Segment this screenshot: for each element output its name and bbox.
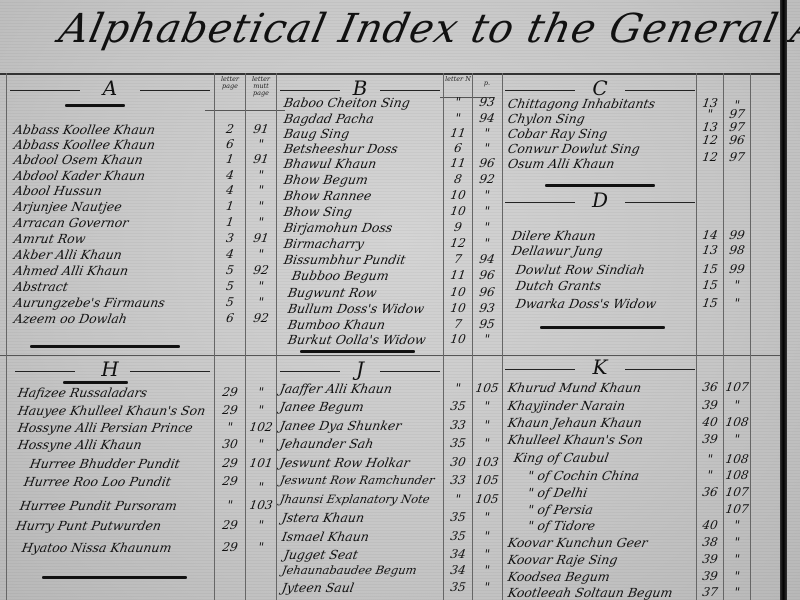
letter-number: 29	[214, 403, 246, 418]
letter-number: 5	[214, 263, 246, 278]
page-number: 101	[245, 456, 277, 471]
page-number: 95	[472, 317, 502, 332]
letter-number: "	[696, 452, 724, 467]
letter-number: 12	[443, 236, 473, 251]
page-number: "	[245, 385, 277, 400]
list-item: Abbass Koollee Khaun	[13, 137, 157, 152]
list-item: Ahmed Alli Khaun	[13, 263, 130, 278]
list-item: Kootleeah Soltaun Begum	[507, 585, 674, 600]
page-number: "	[723, 552, 751, 567]
page-number: "	[472, 510, 502, 525]
list-item: Khaun Jehaun Khaun	[507, 415, 644, 430]
page-number: "	[472, 418, 502, 433]
letter-number: 5	[214, 295, 246, 310]
letter-number: 34	[443, 563, 473, 578]
list-item: Jaaffer Alli Khaun	[279, 381, 394, 396]
list-item: Bissumbhur Pundit	[283, 252, 407, 267]
list-item: Khurud Mund Khaun	[507, 380, 643, 395]
page-number: 91	[245, 152, 277, 167]
list-item: Abstract	[13, 279, 70, 294]
letter-number: 15	[696, 262, 724, 277]
list-item: Burkut Oolla's Widow	[287, 332, 427, 347]
letter-number: 13	[696, 243, 724, 258]
letter-number: 10	[443, 301, 473, 316]
section-heading-a: A	[10, 76, 210, 100]
letter-number: 4	[214, 168, 246, 183]
list-item: Abdool Osem Khaun	[13, 152, 145, 167]
list-item: Hyatoo Nissa Khaunum	[21, 540, 173, 555]
letter-number: 35	[443, 529, 473, 544]
heading-underline	[545, 184, 655, 187]
letter-number: 30	[214, 437, 246, 452]
list-item: Bhow Begum	[283, 172, 370, 187]
list-item: Dellawur Jung	[511, 243, 604, 258]
letter-number: 3	[214, 231, 246, 246]
letter-number: 12	[696, 133, 724, 148]
list-item: Ismael Khaun	[281, 529, 371, 544]
list-item: Jehaunder Sah	[279, 436, 375, 451]
page-number: 108	[723, 452, 751, 467]
page-number: 108	[723, 415, 751, 430]
page-number: "	[723, 585, 751, 600]
book-spine	[780, 0, 787, 600]
list-item: Baug Sing	[283, 126, 351, 141]
list-item: Hossyne Alli Khaun	[17, 437, 143, 452]
letter-number: 39	[696, 552, 724, 567]
page-number: 107	[723, 502, 751, 517]
letter-number: 33	[443, 418, 473, 433]
page-number: "	[245, 247, 277, 262]
page-number: "	[472, 126, 502, 141]
page-number: "	[472, 220, 502, 235]
page-number: 96	[472, 268, 502, 283]
page-number: "	[245, 199, 277, 214]
page-number: "	[472, 563, 502, 578]
list-item: Bumboo Khaun	[287, 317, 387, 332]
letter-number: "	[443, 492, 473, 507]
section-end-rule	[540, 326, 665, 329]
page-number: "	[245, 403, 277, 418]
page-number: "	[472, 547, 502, 562]
list-item: Janee Dya Shunker	[279, 418, 403, 433]
letter-number: 36	[696, 485, 724, 500]
letter-number: 35	[443, 399, 473, 414]
list-item: Jehaunabaudee Begum	[281, 563, 418, 578]
list-item: Hauyee Khulleel Khaun's Son	[17, 403, 207, 418]
page-number: 92	[472, 172, 502, 187]
ledger-page: Alphabetical Index to the General Abstra…	[0, 0, 800, 600]
letter-number: 37	[696, 585, 724, 600]
list-item: Jeswunt Row Holkar	[279, 455, 411, 470]
list-item: Birjamohun Doss	[283, 220, 394, 235]
page-number: "	[472, 436, 502, 451]
letter-number: 1	[214, 215, 246, 230]
page-number: "	[472, 580, 502, 595]
page-number: 103	[245, 498, 277, 513]
page-number: "	[723, 398, 751, 413]
letter-number: 1	[214, 199, 246, 214]
page-number: "	[723, 535, 751, 550]
list-item: Jyteen Saul	[281, 580, 356, 595]
letter-number: 38	[696, 535, 724, 550]
list-item: Koodsea Begum	[507, 569, 611, 584]
letter-number: 6	[214, 311, 246, 326]
letter-number: 35	[443, 510, 473, 525]
letter-number: 40	[696, 518, 724, 533]
heading-underline	[65, 104, 125, 107]
letter-number: 29	[214, 474, 246, 489]
page-number: 103	[472, 455, 502, 470]
list-item: Hossyne Alli Persian Prince	[17, 420, 194, 435]
letter-number: 2	[214, 122, 246, 137]
heading-underline	[63, 381, 128, 384]
page-number: 96	[472, 285, 502, 300]
page-title: Alphabetical Index to the General Abstra…	[55, 6, 800, 52]
list-item: Betsheeshur Doss	[283, 141, 399, 156]
page-number: 99	[723, 262, 751, 277]
letter-number	[696, 502, 724, 517]
list-item: Amrut Row	[13, 231, 87, 246]
letter-number: "	[443, 111, 473, 126]
list-item: Dilere Khaun	[511, 228, 597, 243]
letter-number: 29	[214, 540, 246, 555]
letter-number: 35	[443, 580, 473, 595]
page-number: "	[245, 137, 277, 152]
letter-number: "	[443, 95, 473, 110]
page-number: "	[472, 529, 502, 544]
list-item: Chylon Sing	[507, 111, 586, 126]
header-rule	[0, 73, 780, 75]
list-item: Jeswunt Row Ramchunder	[279, 473, 436, 488]
page-number: 94	[472, 252, 502, 267]
page-number: "	[245, 295, 277, 310]
list-item: Bubboo Begum	[291, 268, 390, 283]
page-number: 96	[723, 133, 751, 148]
page-number: "	[472, 332, 502, 347]
letter-number: 5	[214, 279, 246, 294]
page-number: 93	[472, 301, 502, 316]
letter-number: 9	[443, 220, 473, 235]
list-item: Koovar Raje Sing	[507, 552, 619, 567]
list-item: Hurree Bhudder Pundit	[29, 456, 181, 471]
list-item: Cobar Ray Sing	[507, 126, 609, 141]
letter-number: 14	[696, 228, 724, 243]
page-number: 105	[472, 492, 502, 507]
letter-number: 7	[443, 252, 473, 267]
letter-number: 6	[214, 137, 246, 152]
letter-number: 7	[443, 317, 473, 332]
page-number: "	[723, 432, 751, 447]
section-heading-h: H	[10, 357, 210, 381]
letter-number: 29	[214, 385, 246, 400]
page-number: "	[723, 518, 751, 533]
list-item: Khayjinder Narain	[507, 398, 627, 413]
list-item: Aurungzebe's Firmauns	[13, 295, 166, 310]
letter-number: 10	[443, 332, 473, 347]
page-number: "	[245, 480, 277, 495]
letter-number: "	[443, 381, 473, 396]
letter-number: 15	[696, 278, 724, 293]
list-item: Bhow Rannee	[283, 188, 373, 203]
list-item: Jugget Seat	[283, 547, 360, 562]
list-item: Bullum Doss's Widow	[287, 301, 426, 316]
list-item: Abool Hussun	[13, 183, 104, 198]
list-item: Dowlut Row Sindiah	[515, 262, 647, 277]
page-number: "	[472, 188, 502, 203]
page-number: "	[245, 215, 277, 230]
list-item: Osum Alli Khaun	[507, 156, 616, 171]
section-end-rule	[300, 350, 415, 353]
list-item: Dwarka Doss's Widow	[515, 296, 658, 311]
letter-number: 12	[696, 150, 724, 165]
letter-number: 1	[214, 152, 246, 167]
list-item: Azeem oo Dowlah	[13, 311, 129, 326]
page-number: 107	[723, 485, 751, 500]
list-item: Jhaunsi Explanatory Note	[279, 492, 431, 507]
list-item: " of Persia	[527, 502, 595, 517]
section-heading-k: K	[505, 355, 695, 379]
page-number: 94	[472, 111, 502, 126]
section-end-rule	[42, 576, 187, 579]
letter-number: 29	[214, 518, 246, 533]
page-number: "	[472, 141, 502, 156]
list-item: Arjunjee Nautjee	[13, 199, 123, 214]
letter-number: 39	[696, 432, 724, 447]
page-number: "	[245, 279, 277, 294]
list-item: Birmacharry	[283, 236, 366, 251]
page-number: 91	[245, 122, 277, 137]
page-number: "	[245, 540, 277, 555]
list-item: Abdool Kader Khaun	[13, 168, 147, 183]
list-item: " of Cochin China	[527, 468, 641, 483]
list-item: Abbass Koollee Khaun	[13, 122, 157, 137]
letter-number: 4	[214, 247, 246, 262]
letter-number: "	[696, 468, 724, 483]
page-number: "	[723, 569, 751, 584]
page-number: "	[472, 236, 502, 251]
list-item: " of Delhi	[527, 485, 589, 500]
page-number: "	[472, 204, 502, 219]
list-item: Chittagong Inhabitants	[507, 96, 657, 111]
list-item: Jstera Khaun	[281, 510, 366, 525]
list-item: Conwur Dowlut Sing	[507, 141, 641, 156]
list-item: Dutch Grants	[515, 278, 603, 293]
column-header-page: p.	[473, 80, 501, 87]
page-number: 105	[472, 473, 502, 488]
list-item: Baboo Cheiton Sing	[283, 95, 412, 110]
letter-number: 11	[443, 126, 473, 141]
column-header-mutt-page: letter mutt page	[246, 76, 276, 97]
letter-number: 4	[214, 183, 246, 198]
letter-number: 6	[443, 141, 473, 156]
page-number: 92	[245, 263, 277, 278]
list-item: Hurree Pundit Pursoram	[19, 498, 178, 513]
page-number: 96	[472, 156, 502, 171]
page-number: 98	[723, 243, 751, 258]
page-number: "	[723, 278, 751, 293]
letter-number: 35	[443, 436, 473, 451]
list-item: Bhawul Khaun	[283, 156, 378, 171]
letter-number: 34	[443, 547, 473, 562]
page-number: 92	[245, 311, 277, 326]
letter-number: 11	[443, 268, 473, 283]
page-number: 108	[723, 468, 751, 483]
page-number: "	[723, 296, 751, 311]
letter-number: "	[214, 498, 246, 513]
page-number: "	[245, 183, 277, 198]
list-item: Bhow Sing	[283, 204, 354, 219]
list-item: Hurry Punt Putwurden	[15, 518, 163, 533]
letter-number: 15	[696, 296, 724, 311]
letter-number: 8	[443, 172, 473, 187]
page-number: "	[245, 168, 277, 183]
list-item: Akber Alli Khaun	[13, 247, 124, 262]
page-number: 99	[723, 228, 751, 243]
section-heading-j: J	[280, 357, 440, 381]
page-number: "	[245, 437, 277, 452]
column-header-letter-no: letter N	[444, 76, 472, 83]
list-item: Hafizee Russaladars	[17, 385, 149, 400]
col-line	[6, 73, 7, 600]
section-heading-d: D	[505, 188, 695, 212]
list-item: Arracan Governor	[13, 215, 130, 230]
letter-number: 10	[443, 204, 473, 219]
page-number: 91	[245, 231, 277, 246]
page-number: 97	[723, 150, 751, 165]
list-item: Bagdad Pacha	[283, 111, 376, 126]
letter-number: 10	[443, 285, 473, 300]
letter-number: 33	[443, 473, 473, 488]
letter-number: 36	[696, 380, 724, 395]
column-header-letter-page: letter page	[215, 76, 245, 90]
list-item: " of Tidore	[527, 518, 597, 533]
list-item: Khulleel Khaun's Son	[507, 432, 645, 447]
page-number: "	[472, 399, 502, 414]
page-number: 93	[472, 95, 502, 110]
list-item: Bugwunt Row	[287, 285, 378, 300]
letter-number: 30	[443, 455, 473, 470]
list-item: Hurree Roo Loo Pundit	[23, 474, 173, 489]
page-number: 107	[723, 380, 751, 395]
letter-number: 39	[696, 569, 724, 584]
section-end-rule	[30, 345, 180, 348]
page-number: "	[245, 518, 277, 533]
page-number: 105	[472, 381, 502, 396]
list-item: King of Caubul	[513, 450, 610, 465]
letter-number: 29	[214, 456, 246, 471]
list-item: Koovar Kunchun Geer	[507, 535, 649, 550]
list-item: Janee Begum	[279, 399, 365, 414]
letter-number: 10	[443, 188, 473, 203]
letter-number: 39	[696, 398, 724, 413]
col-line	[502, 73, 503, 600]
page-number: 102	[245, 420, 277, 435]
letter-number: 40	[696, 415, 724, 430]
letter-number: "	[214, 420, 246, 435]
letter-number: 11	[443, 156, 473, 171]
